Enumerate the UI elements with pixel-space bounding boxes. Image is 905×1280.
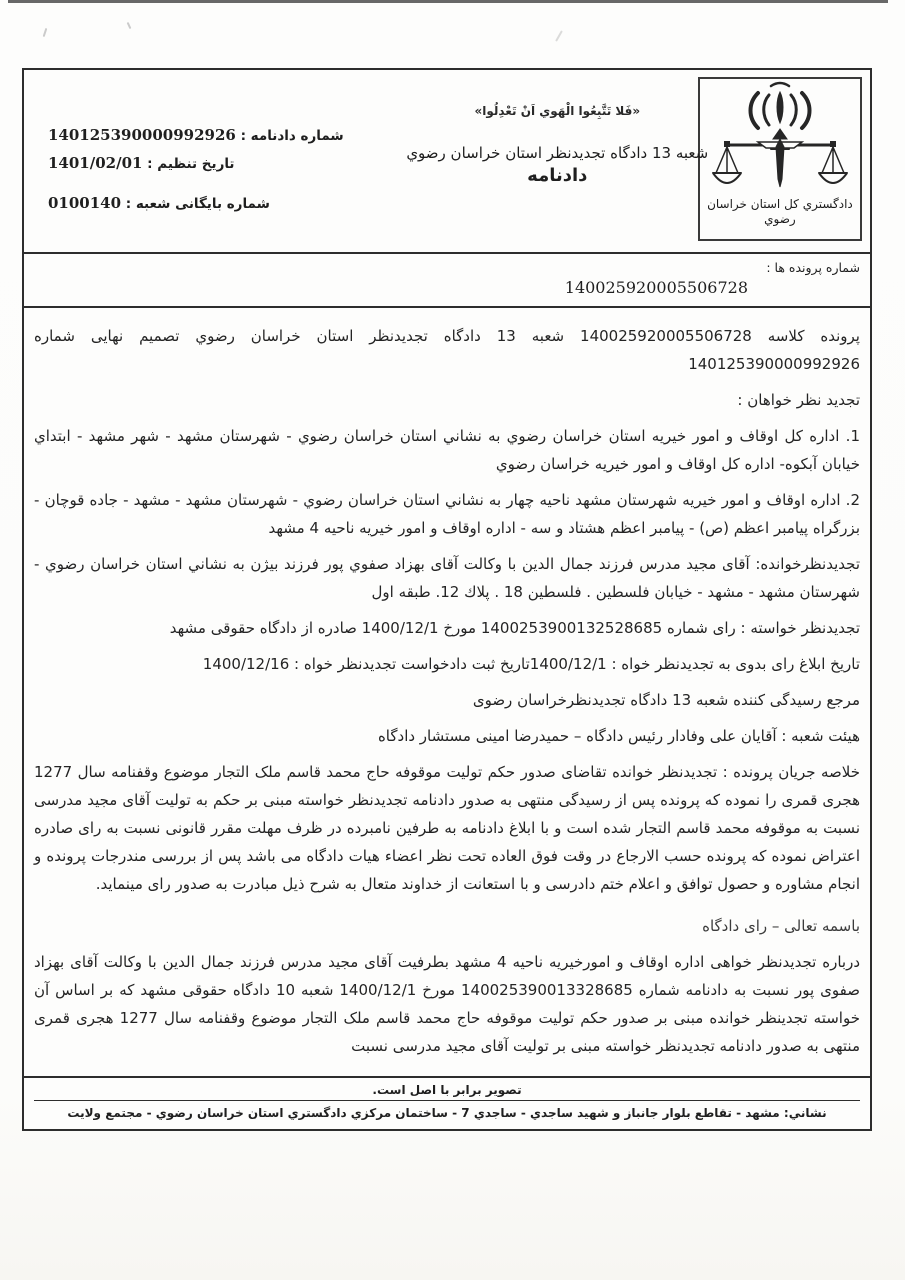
- appellant-2: 2. اداره اوقاف و امور خیریه شهرستان مشهد…: [34, 486, 860, 542]
- scanned-page: دادگستري کل استان خراسان رضوي «فَلا تَتَ…: [0, 0, 905, 1280]
- archive-number-line: شماره بایگانی شعبه : 0100140: [48, 190, 417, 218]
- case-number-value: 140025920005506728: [565, 277, 748, 299]
- case-number-label: شماره پرونده ها :: [34, 259, 860, 277]
- verdict-paragraph: درباره تجدیدنظر خواهی اداره اوقاف و امور…: [34, 948, 860, 1060]
- judgment-body: پرونده کلاسه 140025920005506728 شعبه 13 …: [24, 308, 870, 1078]
- court-logo-caption: دادگستري کل استان خراسان رضوي: [707, 197, 853, 227]
- logo-caption-line2: رضوي: [707, 212, 853, 227]
- quran-verse: «فَلا تَتَّبِعُوا الْهَوي اَنْ تَعْدِلُو…: [474, 104, 640, 118]
- court-logo-box: دادگستري کل استان خراسان رضوي: [698, 77, 862, 241]
- justice-scales-icon: [710, 81, 850, 199]
- verdict-heading: باسمه تعالی – رای دادگاه: [34, 912, 860, 940]
- appellee-line: تجدیدنظرخوانده: آقای مجید مدرس فرزند جما…: [34, 550, 860, 606]
- case-history-paragraph: خلاصه جریان پرونده : تجدیدنظر خوانده تقا…: [34, 758, 860, 898]
- issue-date-line: تاریخ تنظیم : 1401/02/01: [48, 150, 417, 178]
- case-number-row: شماره پرونده ها : 140025920005506728: [24, 254, 870, 308]
- document-title: دادنامه: [527, 165, 587, 186]
- appealed-ruling-line: تجدیدنظر خواسته : رای شماره 140025390013…: [34, 614, 860, 642]
- judgment-number-label: شماره دادنامه :: [241, 128, 344, 144]
- document-header: دادگستري کل استان خراسان رضوي «فَلا تَتَ…: [24, 70, 870, 254]
- issue-date-label: تاریخ تنظیم :: [147, 156, 234, 172]
- judgment-number-line: شماره دادنامه : 140125390000992926: [48, 122, 417, 150]
- archive-number-label: شماره بایگانی شعبه :: [126, 196, 270, 212]
- court-branch-title: شعبه 13 دادگاه تجدیدنظر استان خراسان رضو…: [406, 144, 708, 162]
- issue-date-value: 1401/02/01: [48, 154, 142, 172]
- reviewing-authority-line: مرجع رسیدگی کننده شعبه 13 دادگاه تجدیدنظ…: [34, 686, 860, 714]
- header-meta: شماره دادنامه : 140125390000992926 تاریخ…: [24, 70, 417, 252]
- document-footer: تصویر برابر با اصل است. نشاني: مشهد - تق…: [24, 1078, 870, 1129]
- scan-smudge: [43, 28, 48, 37]
- appellants-heading: تجدید نظر خواهان :: [34, 386, 860, 414]
- scan-artifact-line: [8, 0, 888, 3]
- court-address: نشاني: مشهد - تقاطع بلوار جانباز و شهید …: [30, 1101, 864, 1124]
- scan-smudge: [127, 22, 132, 29]
- panel-members-line: هیئت شعبه : آقایان علی وفادار رئیس دادگا…: [34, 722, 860, 750]
- judgment-number-value: 140125390000992926: [48, 126, 236, 144]
- header-center: «فَلا تَتَّبِعُوا الْهَوي اَنْ تَعْدِلُو…: [417, 70, 698, 252]
- certified-copy-note: تصویر برابر با اصل است.: [34, 1080, 860, 1101]
- case-summary-line: پرونده کلاسه 140025920005506728 شعبه 13 …: [34, 322, 860, 378]
- scan-smudge: [555, 30, 563, 41]
- court-judgment-document: دادگستري کل استان خراسان رضوي «فَلا تَتَ…: [22, 68, 872, 1131]
- appellant-1: 1. اداره کل اوقاف و امور خیریه استان خرا…: [34, 422, 860, 478]
- notification-dates-line: تاریخ ابلاغ رای بدوی به تجدیدنظر خواه : …: [34, 650, 860, 678]
- logo-caption-line1: دادگستري کل استان خراسان: [707, 197, 853, 212]
- archive-number-value: 0100140: [48, 194, 121, 212]
